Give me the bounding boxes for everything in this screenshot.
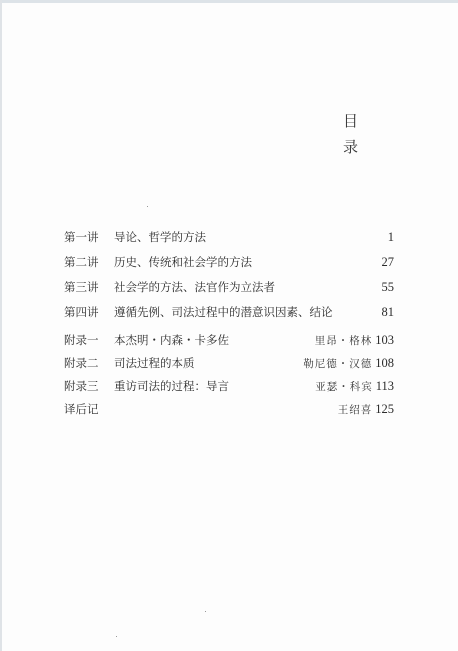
toc-entry-title: 司法过程的本质 (114, 355, 303, 371)
toc-entry-label: 附录三 (64, 378, 114, 394)
document-page: 目 录 第一讲 导论、哲学的方法 1 第二讲 历史、传统和社会学的方法 27 第… (2, 3, 458, 651)
scan-speck (147, 206, 148, 207)
toc-entry[interactable]: 附录二 司法过程的本质 勒尼德・汉德 108 (64, 354, 394, 372)
toc-entry-label: 附录一 (64, 332, 114, 348)
toc-entry[interactable]: 第四讲 遵循先例、司法过程中的潜意识因素、结论 81 (64, 303, 394, 321)
toc-entry-page: 27 (382, 255, 395, 270)
toc-entry-page: 125 (375, 402, 394, 417)
toc-entry-title: 本杰明・内森・卡多佐 (114, 332, 315, 348)
toc-heading-char-2: 录 (343, 136, 358, 157)
toc-entry-title: 重访司法的过程：导言 (114, 378, 315, 394)
toc-entry-page: 108 (375, 356, 394, 371)
toc-entry-page: 55 (382, 280, 395, 295)
toc-entry-author: 亚瑟・科宾 (315, 379, 373, 394)
toc-entry-page: 103 (375, 333, 394, 348)
toc-entry-title: 社会学的方法、法官作为立法者 (114, 279, 379, 295)
toc-entry-label: 第四讲 (64, 304, 114, 320)
toc-entry[interactable]: 第三讲 社会学的方法、法官作为立法者 55 (64, 278, 394, 296)
toc-entry-author: 勒尼德・汉德 (303, 356, 372, 371)
toc-entry-author: 王绍喜 (338, 402, 373, 417)
scan-speck (116, 636, 117, 637)
toc-heading-char-1: 目 (343, 110, 358, 131)
toc-entry[interactable]: 附录三 重访司法的过程：导言 亚瑟・科宾 113 (64, 377, 394, 395)
toc-entry[interactable]: 第二讲 历史、传统和社会学的方法 27 (64, 253, 394, 271)
toc-entry-label: 第二讲 (64, 254, 114, 270)
toc-entry-label: 第一讲 (64, 229, 114, 245)
toc-entry-label: 译后记 (64, 401, 114, 417)
toc-entry-page: 113 (376, 379, 394, 394)
toc-entry-label: 第三讲 (64, 279, 114, 295)
scan-speck (205, 611, 206, 612)
toc-entry-title: 历史、传统和社会学的方法 (114, 254, 379, 270)
toc-entry[interactable]: 第一讲 导论、哲学的方法 1 (64, 228, 394, 246)
toc-entry-label: 附录二 (64, 355, 114, 371)
toc-entry[interactable]: 译后记 王绍喜 125 (64, 400, 394, 418)
toc-entry-page: 81 (382, 305, 395, 320)
toc-entry-title: 遵循先例、司法过程中的潜意识因素、结论 (114, 304, 379, 320)
toc-entry-title: 导论、哲学的方法 (114, 229, 385, 245)
toc-entry-author: 里昂・格林 (315, 333, 373, 348)
toc-entry[interactable]: 附录一 本杰明・内森・卡多佐 里昂・格林 103 (64, 331, 394, 349)
toc-entry-page: 1 (388, 230, 394, 245)
